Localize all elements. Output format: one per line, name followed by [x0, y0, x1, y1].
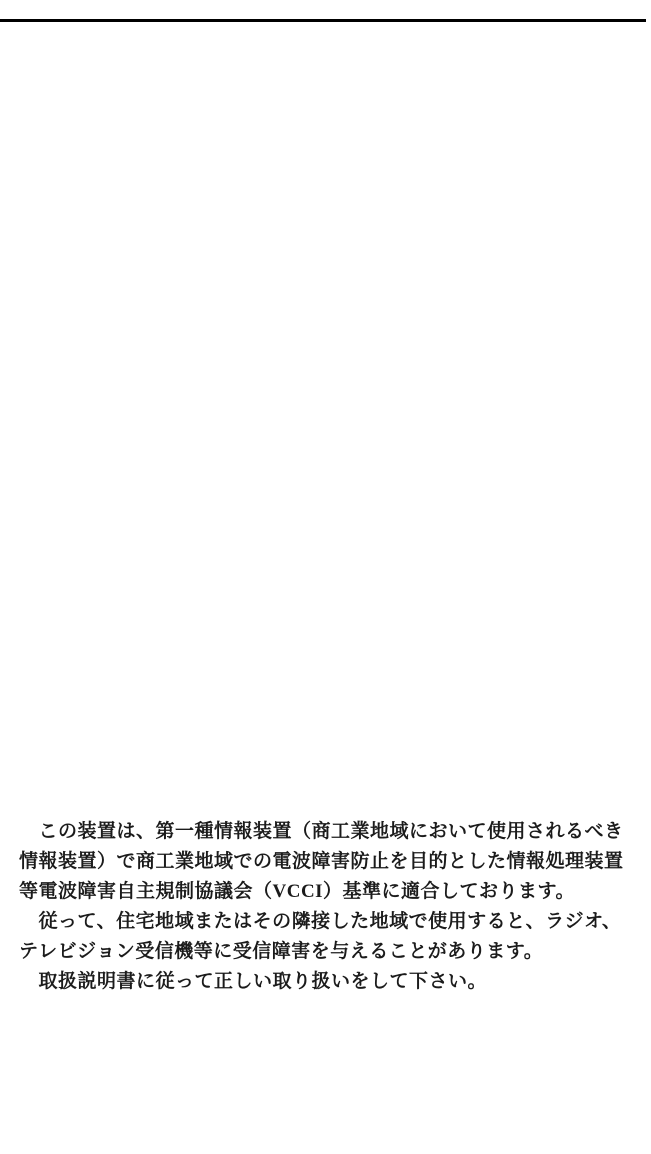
notice-line: 情報装置）で商工業地域での電波障害防止を目的とした情報処理装置 [19, 847, 635, 877]
vcci-notice-block: この装置は、第一種情報装置（商工業地域において使用されるべき 情報装置）で商工業… [19, 817, 635, 997]
notice-line: 従って、住宅地域またはその隣接した地域で使用すると、ラジオ、 [19, 907, 635, 937]
notice-line: 取扱説明書に従って正しい取り扱いをして下さい。 [19, 967, 635, 997]
notice-line: テレビジョン受信機等に受信障害を与えることがあります。 [19, 937, 635, 967]
document-page: この装置は、第一種情報装置（商工業地域において使用されるべき 情報装置）で商工業… [0, 0, 651, 1154]
notice-line: この装置は、第一種情報装置（商工業地域において使用されるべき [19, 817, 635, 847]
top-horizontal-rule [0, 19, 646, 22]
notice-line: 等電波障害自主規制協議会（VCCI）基準に適合しております。 [19, 877, 635, 907]
